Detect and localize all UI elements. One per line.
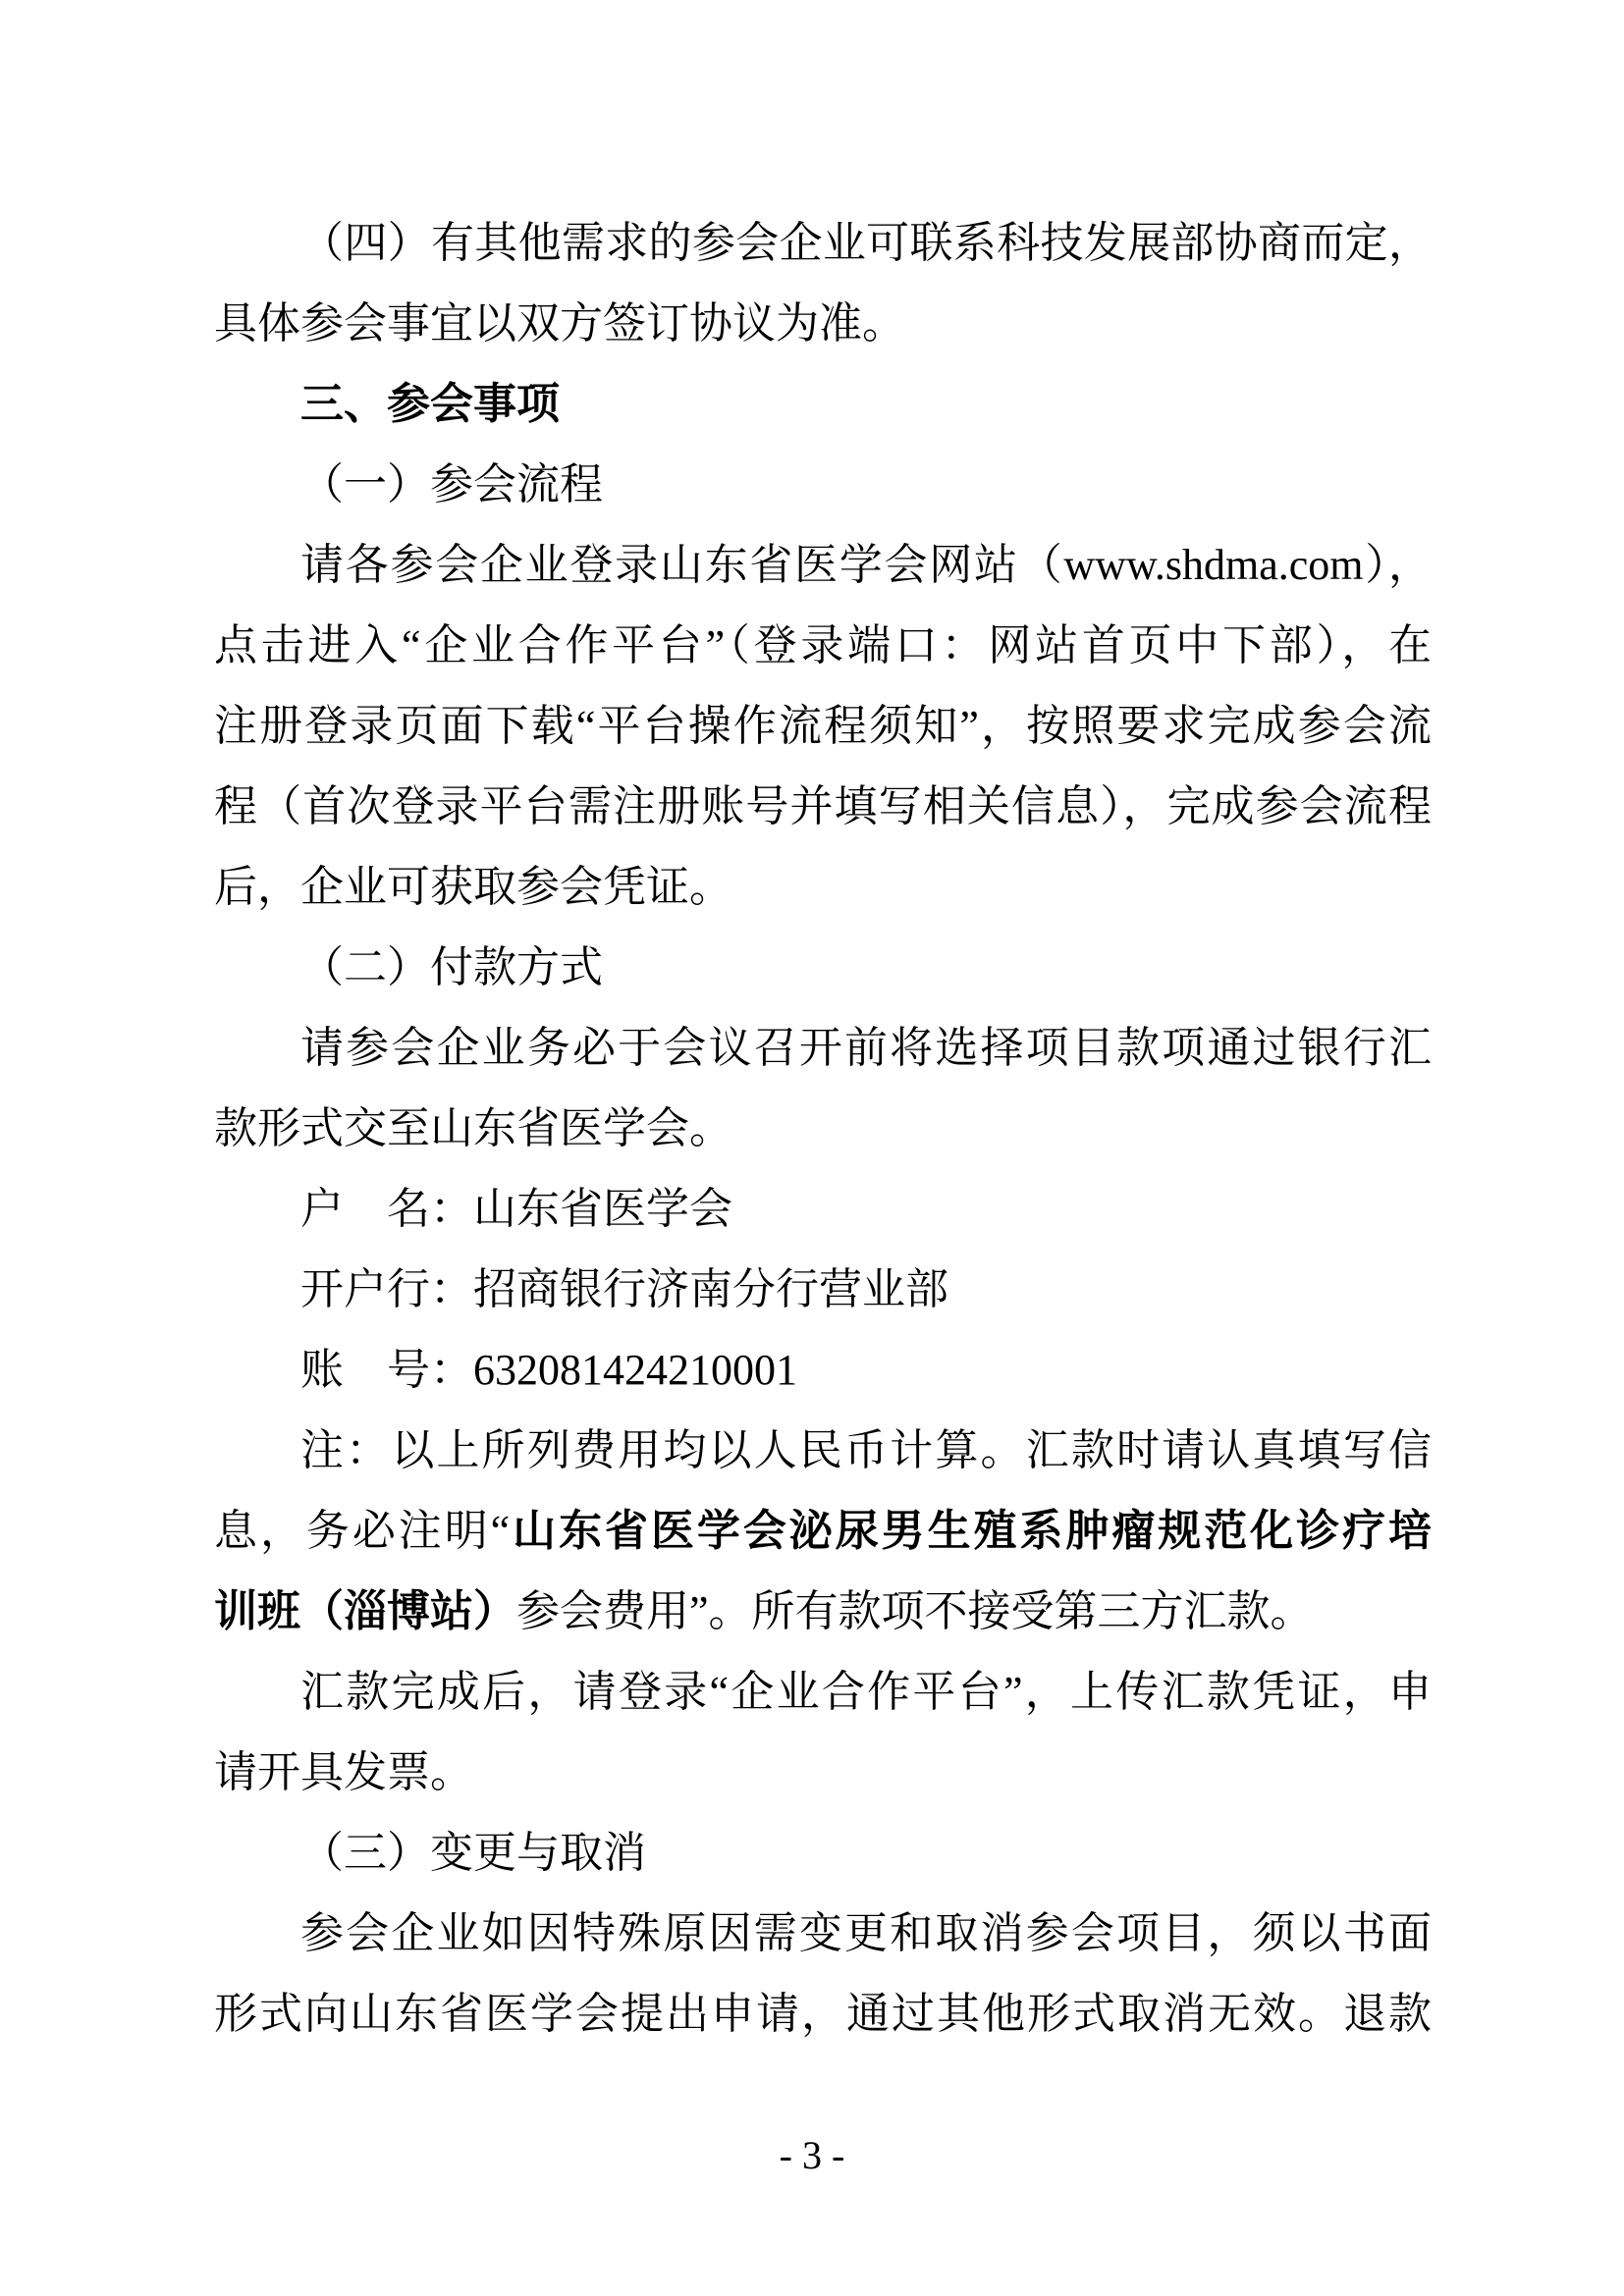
- doc-line-cancel-2: 形式向山东省医学会提出申请，通过其他形式取消无效。退款: [214, 1974, 1432, 2055]
- text-run: 参会企业如因特殊原因需变更和取消参会项目，须以书面: [300, 1909, 1432, 1957]
- emphasis-run: 山东省医学会泌尿男生殖系肿瘤规范化诊疗培: [510, 1507, 1432, 1555]
- doc-line-item4-clause-cont: 具体参会事宜以双方签订协议为准。: [214, 284, 1432, 364]
- text-run: 三、参会事项: [300, 380, 560, 428]
- doc-line-flow-4: 程（首次登录平台需注册账号并填写相关信息），完成参会流程: [214, 767, 1432, 847]
- doc-line-cancel-1: 参会企业如因特殊原因需变更和取消参会项目，须以书面: [214, 1894, 1432, 1974]
- doc-line-note-1: 注：以上所列费用均以人民币计算。汇款时请认真填写信: [214, 1411, 1432, 1491]
- text-run: 注：以上所列费用均以人民币计算。汇款时请认真填写信: [300, 1426, 1432, 1474]
- text-run: 请开具发票。: [214, 1748, 473, 1796]
- doc-line-payment-2: 款形式交至山东省医学会。: [214, 1089, 1432, 1169]
- text-run: 形式向山东省医学会提出申请，通过其他形式取消无效。退款: [214, 1990, 1432, 2038]
- doc-line-flow-3: 注册登录页面下载“平台操作流程须知”，按照要求完成参会流: [214, 686, 1432, 767]
- doc-line-invoice-1: 汇款完成后，请登录“企业合作平台”，上传汇款凭证，申: [214, 1652, 1432, 1733]
- text-run: 账 号：632081424210001: [300, 1346, 797, 1394]
- text-run: 具体参会事宜以双方签订协议为准。: [214, 299, 905, 347]
- text-run: 注册登录页面下载“平台操作流程须知”，按照要求完成参会流: [214, 702, 1432, 750]
- doc-line-invoice-2: 请开具发票。: [214, 1733, 1432, 1813]
- text-run: 款形式交至山东省医学会。: [214, 1104, 732, 1152]
- text-run: （四）有其他需求的参会企业可联系科技发展部协商而定，: [300, 219, 1432, 267]
- text-run: 开户行：招商银行济南分行营业部: [300, 1265, 948, 1313]
- doc-line-note-2: 息，务必注明“山东省医学会泌尿男生殖系肿瘤规范化诊疗培: [214, 1491, 1432, 1572]
- doc-line-payment-1: 请参会企业务必于会议召开前将选择项目款项通过银行汇: [214, 1008, 1432, 1089]
- page-number: - 3 -: [780, 2133, 845, 2177]
- section-heading-3: 三、参会事项: [214, 364, 1432, 445]
- doc-line-item4-clause: （四）有其他需求的参会企业可联系科技发展部协商而定，: [214, 203, 1432, 284]
- page-footer: - 3 -: [0, 2128, 1624, 2183]
- subsection-heading-3: （三）变更与取消: [214, 1813, 1432, 1894]
- subsection-heading-2: （二）付款方式: [214, 928, 1432, 1008]
- account-number-line: 账 号：632081424210001: [214, 1330, 1432, 1411]
- text-run: 请参会企业务必于会议召开前将选择项目款项通过银行汇: [300, 1024, 1432, 1072]
- text-run: 汇款完成后，请登录“企业合作平台”，上传汇款凭证，申: [300, 1668, 1432, 1716]
- doc-line-flow-5: 后，企业可获取参会凭证。: [214, 847, 1432, 928]
- bank-branch-line: 开户行：招商银行济南分行营业部: [214, 1250, 1432, 1330]
- doc-line-note-3: 训班（淄博站）参会费用”。所有款项不接受第三方汇款。: [214, 1572, 1432, 1652]
- account-name-line: 户 名：山东省医学会: [214, 1169, 1432, 1250]
- doc-line-flow-1: 请各参会企业登录山东省医学会网站（www.shdma.com），: [214, 525, 1432, 606]
- text-run: 请各参会企业登录山东省医学会网站（www.shdma.com），: [300, 541, 1432, 589]
- text-run: （一）参会流程: [300, 460, 603, 508]
- text-run: （二）付款方式: [300, 943, 603, 991]
- text-run: 点击进入“企业合作平台”（登录端口：网站首页中下部），在: [214, 621, 1432, 669]
- text-run: 户 名：山东省医学会: [300, 1185, 732, 1233]
- text-run: 息，务必注明“: [214, 1507, 510, 1555]
- document-page: （四）有其他需求的参会企业可联系科技发展部协商而定， 具体参会事宜以双方签订协议…: [0, 0, 1624, 2296]
- text-run: 参会费用”。所有款项不接受第三方汇款。: [516, 1587, 1314, 1635]
- subsection-heading-1: （一）参会流程: [214, 445, 1432, 525]
- emphasis-run: 训班（淄博站）: [214, 1587, 516, 1635]
- doc-line-flow-2: 点击进入“企业合作平台”（登录端口：网站首页中下部），在: [214, 606, 1432, 686]
- text-run: （三）变更与取消: [300, 1829, 646, 1877]
- text-run: 后，企业可获取参会凭证。: [214, 863, 732, 911]
- document-body: （四）有其他需求的参会企业可联系科技发展部协商而定， 具体参会事宜以双方签订协议…: [214, 203, 1432, 2055]
- text-run: 程（首次登录平台需注册账号并填写相关信息），完成参会流程: [214, 782, 1432, 830]
